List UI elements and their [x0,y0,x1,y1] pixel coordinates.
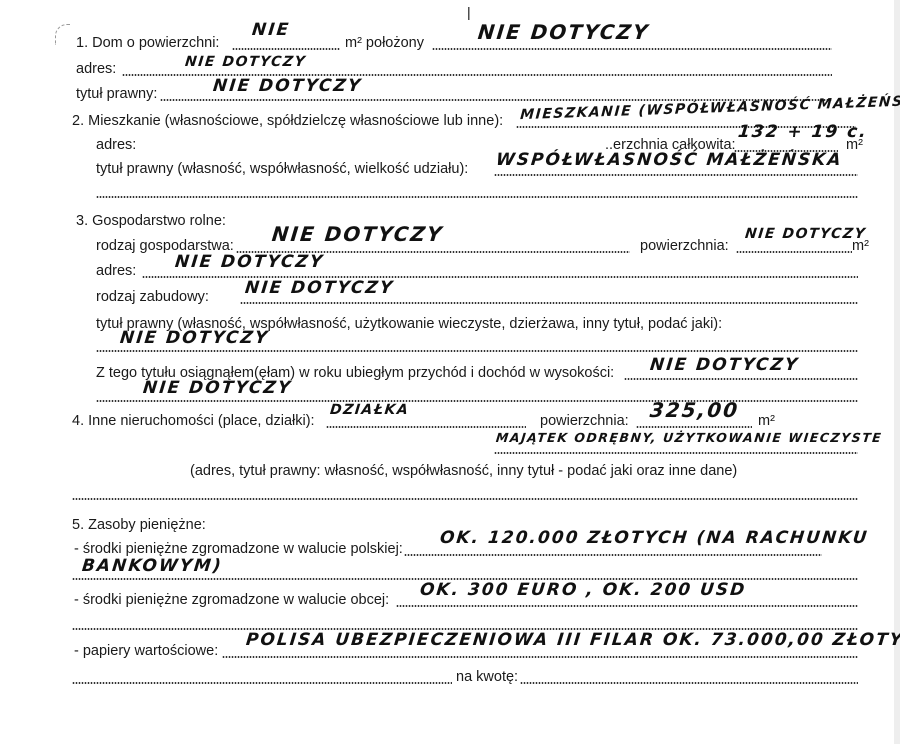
amount-field[interactable] [520,682,858,684]
flat-label: 2. Mieszkanie (własnościowe, spółdzielcz… [72,112,503,130]
house-title-label: tytuł prawny: [76,85,157,103]
farm-income-value-2: NIE DOTYCZY [142,378,293,398]
other-area-unit: m² [758,412,775,430]
pln-value-2: BANKOWYM) [81,556,224,576]
declaration-form-page: | 1. Dom o powierzchni: NIE m² położony … [0,0,894,744]
house-area-value: NIE [251,20,291,40]
foreign-field[interactable] [396,605,858,607]
other-property-label: 4. Inne nieruchomości (place, działki): [72,412,315,430]
other-area-label: powierzchnia: [540,412,629,430]
scan-artifact [55,24,70,45]
flat-title-field[interactable] [494,174,858,176]
cash-label: 5. Zasoby pieniężne: [72,516,206,534]
house-address-label: adres: [76,60,116,78]
other-area-value: 325,00 [649,398,741,422]
flat-area-unit: m² [846,136,863,154]
pln-field[interactable] [404,554,822,556]
securities-field-2[interactable] [72,682,452,684]
flat-title-label: tytuł prawny (własność, współwłasność, w… [96,160,468,178]
farm-buildings-label: rodzaj zabudowy: [96,288,209,306]
house-area-label: 1. Dom o powierzchni: [76,34,219,52]
house-area-field[interactable] [232,48,340,50]
farm-title-value: NIE DOTYCZY [119,328,270,348]
house-address-value: NIE DOTYCZY [184,54,307,70]
pln-value: OK. 120.000 ZŁOTYCH (NA RACHUNKU [439,528,870,548]
farm-area-field[interactable] [736,251,852,253]
other-details-hint: (adres, tytuł prawny: własność, współwła… [190,462,737,480]
farm-area-unit: m² [852,237,869,255]
securities-value: POLISA UBEZPIECZENIOWA III FILAR OK. 73.… [245,630,900,650]
foreign-label: - środki pieniężne zgromadzone w walucie… [74,591,389,609]
house-located-value: NIE DOTYCZY [477,20,651,44]
other-details-field-2[interactable] [72,498,858,500]
farm-title-field[interactable] [96,350,858,352]
other-property-field[interactable] [326,426,526,428]
farm-income-value: NIE DOTYCZY [649,355,800,375]
other-details-value: MAJĄTEK ODRĘBNY, UŻYTKOWANIE WIECZYSTE [495,430,883,445]
other-details-field[interactable] [494,452,858,454]
other-property-value: DZIAŁKA [329,402,410,418]
farm-buildings-field[interactable] [240,302,858,304]
amount-label: na kwotę: [456,668,518,686]
flat-value: MIESZKANIE (WSPÓŁWŁASNOŚĆ MAŁŻEŃSKA [520,93,900,123]
flat-address-label: adres: [96,136,136,154]
house-located-field[interactable] [432,48,832,50]
farm-address-value: NIE DOTYCZY [174,252,325,272]
flat-title-field-2[interactable] [96,196,858,198]
securities-label: - papiery wartościowe: [74,642,218,660]
house-located-label: m² położony [345,34,424,52]
farm-area-label: powierzchnia: [640,237,729,255]
pen-mark: | [467,4,471,20]
flat-title-value: WSPÓŁWŁASNOŚĆ MAŁŻEŃSKA [495,150,844,170]
farm-area-value: NIE DOTYCZY [744,226,867,242]
securities-field[interactable] [222,656,858,658]
farm-buildings-value: NIE DOTYCZY [244,278,395,298]
house-title-value: NIE DOTYCZY [212,76,363,96]
farm-income-field-2[interactable] [96,400,858,402]
farm-type-value: NIE DOTYCZY [271,222,445,246]
farm-address-label: adres: [96,262,136,280]
foreign-value: OK. 300 EURO , OK. 200 USD [419,580,747,600]
other-area-field[interactable] [636,426,752,428]
farm-label: 3. Gospodarstwo rolne: [76,212,226,230]
farm-income-field[interactable] [624,378,858,380]
